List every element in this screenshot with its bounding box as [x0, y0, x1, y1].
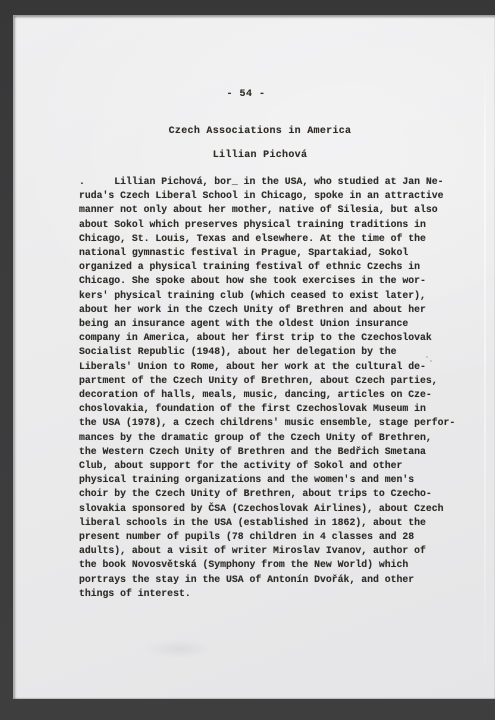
page-number: - 54 - [65, 88, 427, 102]
typed-content: - 54 - Czech Associations in America Lil… [79, 16, 441, 699]
scanned-document-page: :root{ --bg: #3b3b3c; --paper: #ebebec; … [0, 0, 495, 720]
paper-fold-highlight [484, 56, 486, 699]
author-name: Lillian Pichová [79, 149, 441, 163]
page-title: Czech Associations in America [79, 125, 441, 139]
body-text: . Lillian Pichová, bor_ in the USA, who … [79, 175, 455, 601]
scan-background: { "colors": { "bg": "#3b3b3c", "paper": … [0, 0, 495, 720]
document-page: - 54 - Czech Associations in America Lil… [13, 15, 495, 699]
